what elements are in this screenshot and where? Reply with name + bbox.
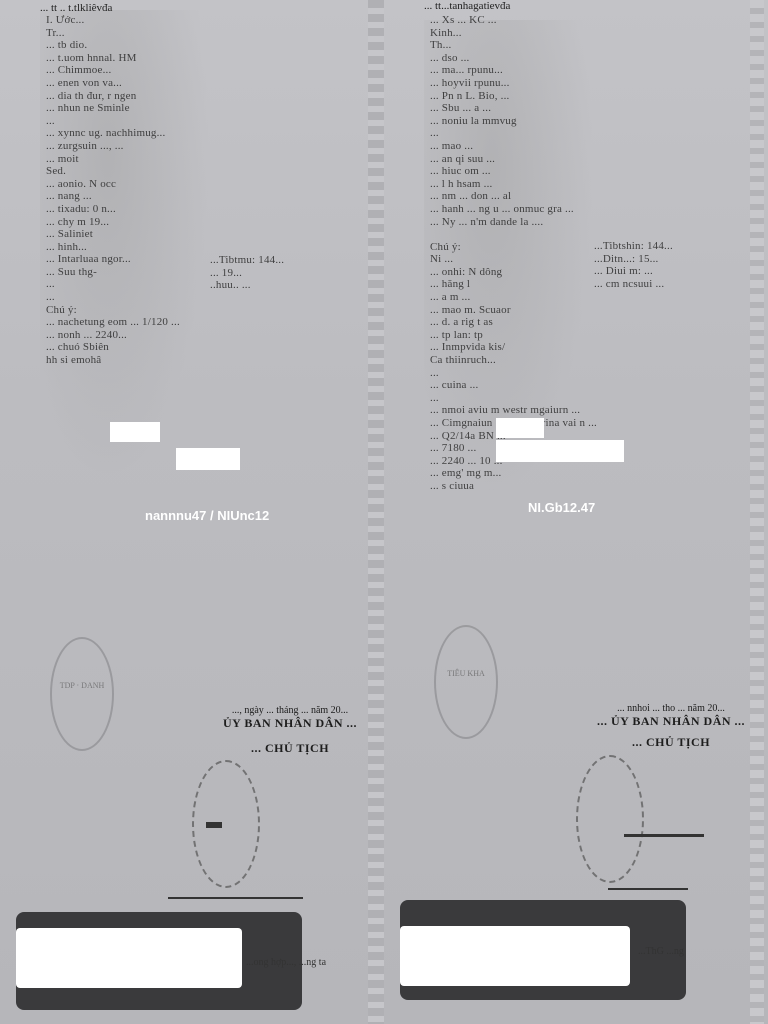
redaction-mark	[496, 418, 544, 438]
page-edge	[750, 0, 764, 1024]
page-header: ... tt .. t.tlkliêvđa	[40, 2, 112, 14]
divider	[608, 888, 688, 890]
signer-caption: ...ong hợp..., ...ng ta	[246, 957, 326, 968]
signature-stroke	[206, 822, 222, 828]
seal-icon	[576, 755, 644, 883]
signer-caption: ...ThG ...ng	[638, 946, 684, 957]
seal-icon	[192, 760, 260, 888]
document-page-left: ... tt .. t.tlkliêvđa I. Ước... Tr... ..…	[0, 0, 376, 1024]
right-column-text: ...Tibtshin: 144... ...Ditn...: 15... ..…	[594, 240, 673, 290]
body-text: I. Ước... Tr... ... tb dio. ... t.uom hn…	[46, 14, 180, 367]
redaction-mark	[400, 926, 630, 986]
signature-block: ... nnhoi ... tho ... năm 20... ... ỦY B…	[576, 703, 766, 750]
stamp-icon: TIÊU KHA	[434, 625, 498, 739]
watermark: NI.Gb12.47	[528, 502, 595, 514]
page-header: ... tt...tanhagatievđa	[424, 0, 510, 12]
signature-block: ..., ngày ... tháng ... năm 20... ỦY BAN…	[200, 705, 380, 756]
right-column-text: ...Tibtmu: 144... ... 19... ..huu.. ...	[210, 254, 284, 292]
divider	[168, 897, 303, 899]
signature-org: ỦY BAN NHÂN DÂN ...	[200, 716, 380, 731]
watermark: nannnu47 / NIUnc12	[145, 510, 269, 522]
redaction-mark	[176, 448, 240, 470]
redaction-mark	[110, 422, 160, 442]
signature-title: ... CHỦ TỊCH	[576, 735, 766, 750]
signature-date: ... nnhoi ... tho ... năm 20...	[576, 703, 766, 714]
signature-org: ... ỦY BAN NHÂN DÂN ...	[576, 714, 766, 729]
redaction-mark	[16, 928, 242, 988]
signature-stroke	[624, 834, 704, 837]
signature-date: ..., ngày ... tháng ... năm 20...	[200, 705, 380, 716]
document-page-right: ... tt...tanhagatievđa ... Xs ... KC ...…	[384, 0, 768, 1024]
signature-title: ... CHỦ TỊCH	[200, 741, 380, 756]
redaction-mark	[496, 440, 624, 462]
stamp-icon: TDP · DANH	[50, 637, 114, 751]
